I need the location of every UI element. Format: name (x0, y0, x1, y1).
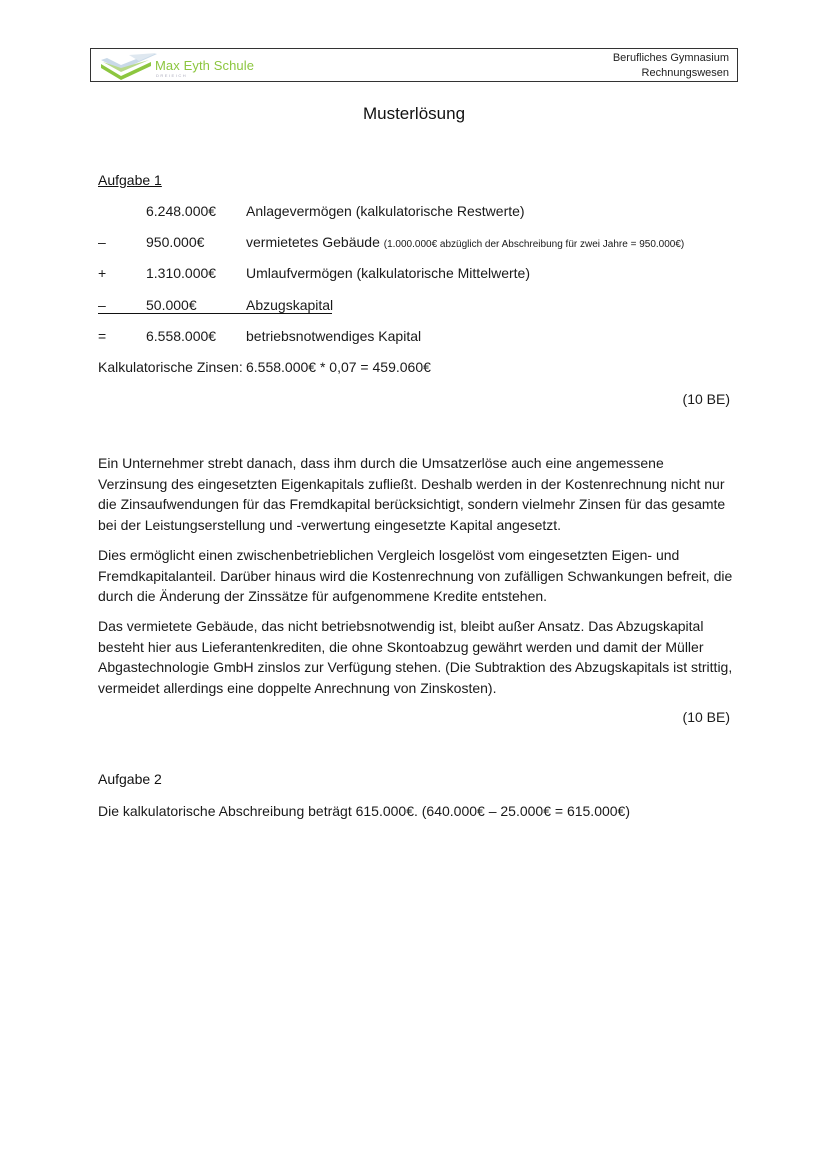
page-title: Musterlösung (0, 104, 828, 124)
school-logo-icon (99, 52, 159, 80)
calc-amount: 6.558.000€ (146, 328, 216, 344)
calc-amount: 950.000€ (146, 234, 204, 250)
sum-line (98, 313, 332, 314)
school-subtitle: DREIEICH (156, 73, 187, 78)
page-header: Max Eyth Schule DREIEICH Berufliches Gym… (90, 48, 738, 82)
aufgabe-2-text: Die kalkulatorische Abschreibung beträgt… (98, 801, 733, 822)
zinsen-label: Kalkulatorische Zinsen: (98, 359, 243, 375)
calc-operator: = (98, 328, 106, 344)
paragraph: Dies ermöglicht einen zwischenbetrieblic… (98, 545, 733, 607)
calc-row: = 6.558.000€ betriebsnotwendiges Kapital (98, 328, 738, 348)
calc-description: Abzugskapital (246, 297, 333, 313)
calc-amount: 6.248.000€ (146, 203, 216, 219)
calc-row: 6.248.000€ Anlagevermögen (kalkulatorisc… (98, 203, 738, 223)
calc-note: (1.000.000€ abzüglich der Abschreibung f… (384, 239, 684, 250)
school-name: Max Eyth Schule (155, 58, 254, 73)
points-label: (10 BE) (683, 709, 730, 725)
header-line-2: Rechnungswesen (613, 66, 729, 81)
aufgabe-1-heading: Aufgabe 1 (98, 172, 162, 188)
calc-description: Anlagevermögen (kalkulatorische Restwert… (246, 203, 525, 219)
aufgabe-2-heading: Aufgabe 2 (98, 771, 162, 787)
paragraph: Das vermietete Gebäude, das nicht betrie… (98, 616, 733, 698)
zinsen-value: 6.558.000€ * 0,07 = 459.060€ (246, 359, 431, 375)
calc-row: – 50.000€ Abzugskapital (98, 297, 738, 317)
calc-operator: – (98, 297, 106, 313)
calc-operator: + (98, 265, 106, 281)
calc-row: – 950.000€ vermietetes Gebäude (1.000.00… (98, 234, 738, 254)
header-course-info: Berufliches Gymnasium Rechnungswesen (613, 51, 729, 81)
school-logo: Max Eyth Schule DREIEICH (99, 52, 269, 80)
calc-operator: – (98, 234, 106, 250)
kalkulatorische-zinsen: Kalkulatorische Zinsen: 6.558.000€ * 0,0… (98, 359, 243, 375)
calc-description: vermietetes Gebäude (1.000.000€ abzüglic… (246, 234, 684, 250)
calc-row: + 1.310.000€ Umlaufvermögen (kalkulatori… (98, 265, 738, 285)
calc-description: betriebsnotwendiges Kapital (246, 328, 421, 344)
paragraph: Ein Unternehmer strebt danach, dass ihm … (98, 453, 733, 535)
points-label: (10 BE) (683, 391, 730, 407)
calc-amount: 50.000€ (146, 297, 197, 313)
calc-description: Umlaufvermögen (kalkulatorische Mittelwe… (246, 265, 530, 281)
calc-amount: 1.310.000€ (146, 265, 216, 281)
header-line-1: Berufliches Gymnasium (613, 51, 729, 66)
